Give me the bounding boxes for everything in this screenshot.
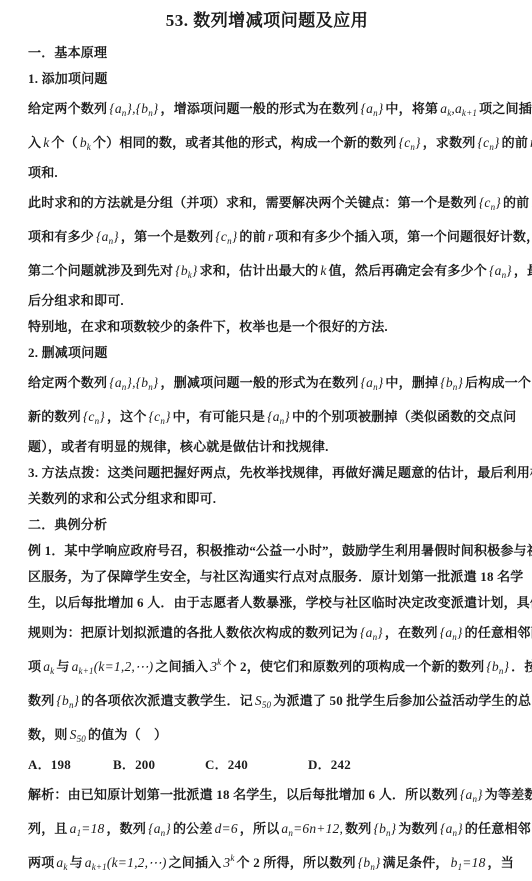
text-run: 入 bbox=[28, 135, 41, 150]
text-run: 给定两个数列 bbox=[28, 375, 107, 390]
doc-line: 区服务，为了保障学生安全，与社区沟通实行点对点服务．原计划第一批派遣 18 名学 bbox=[28, 564, 506, 590]
text-run: 列，且 bbox=[28, 821, 68, 836]
text-run: 特别地，在求和项数较少的条件下，枚举也是一个很好的方法. bbox=[28, 319, 388, 334]
document-page: 53. 数列增减项问题及应用 一．基本原理1. 添加项问题给定两个数列{an},… bbox=[0, 0, 532, 880]
text-run: 后构成一个 bbox=[465, 375, 531, 390]
text-run: 求和，估计出最大的 bbox=[200, 263, 319, 278]
text-run: ，删减项问题一般的形式为在数列 bbox=[161, 375, 359, 390]
math-expression: ak,ak+1 bbox=[440, 101, 477, 116]
text-run: ．按新 bbox=[511, 659, 532, 674]
text-run: 个（ bbox=[51, 135, 77, 150]
document-lines: 一．基本原理1. 添加项问题给定两个数列{an},{bn}，增添项问题一般的形式… bbox=[28, 40, 506, 880]
doc-line: 例 1．某中学响应政府号召，积极推动“公益一小时”，鼓励学生利用暑假时间积极参与… bbox=[28, 538, 506, 564]
math-expression: {an} bbox=[460, 787, 483, 802]
math-expression: k bbox=[320, 263, 326, 278]
text-run: 中，将第 bbox=[385, 101, 438, 116]
text-run: 此时求和的方法就是分组（并项）求和，需要解决两个关键点：第一个是数列 bbox=[28, 195, 477, 210]
math-expression: an=6n+12, bbox=[281, 821, 343, 836]
math-expression: b1=18 bbox=[451, 855, 486, 870]
text-run: 规则为：把原计划拟派遣的各批人数依次构成的数列记为 bbox=[28, 625, 358, 640]
text-run: 中的个别项被删掉（类似函数的交点问 bbox=[292, 409, 516, 424]
text-run: 为等差数 bbox=[485, 787, 532, 802]
text-run: ，这个 bbox=[107, 409, 147, 424]
choice-option-a: A．198 bbox=[28, 752, 113, 778]
text-run: 为数列 bbox=[398, 821, 438, 836]
choice-option-c: C．240 bbox=[205, 752, 308, 778]
section-heading: 一．基本原理 bbox=[28, 40, 506, 66]
math-expression: {an},{bn} bbox=[109, 375, 158, 390]
text-run: 数列 bbox=[28, 693, 54, 708]
doc-line: 新的数列{cn}，这个{cn}中，有可能只是{an}中的个别项被删掉（类似函数的… bbox=[28, 400, 506, 434]
math-expression: ak bbox=[56, 855, 67, 870]
doc-line: 特别地，在求和项数较少的条件下，枚举也是一个很好的方法. bbox=[28, 314, 506, 340]
doc-line: 关数列的求和公式分组求和即可. bbox=[28, 486, 506, 512]
text-run: 个 2 所得，所以数列 bbox=[237, 855, 356, 870]
math-expression: {bn} bbox=[373, 821, 396, 836]
math-expression: {bn} bbox=[440, 375, 463, 390]
text-run: 项和. bbox=[28, 165, 58, 180]
text-run: 之间插入 bbox=[169, 855, 222, 870]
section-heading: 2. 删减项问题 bbox=[28, 340, 506, 366]
math-expression: {cn} bbox=[83, 409, 105, 424]
math-expression: {an} bbox=[361, 101, 384, 116]
text-run: 为派遣了 50 批学生后参加公益活动学生的总 bbox=[273, 693, 531, 708]
text-run: 的公差 bbox=[173, 821, 213, 836]
doc-line: 后分组求和即可. bbox=[28, 288, 506, 314]
text-run: 生，以后每批增加 6 人．由于志愿者人数暴涨，学校与社区临时决定改变派遣计划，具… bbox=[28, 595, 532, 610]
doc-line: 项ak与ak+1(k=1,2,⋯)之间插入3k个 2，使它们和原数列的项构成一个… bbox=[28, 650, 506, 684]
text-run: 关数列的求和公式分组求和即可. bbox=[28, 491, 216, 506]
text-run: 值，然后再确定会有多少个 bbox=[329, 263, 487, 278]
doc-line: 两项ak与ak+1(k=1,2,⋯)之间插入3k个 2 所得，所以数列{bn}满… bbox=[28, 846, 506, 880]
text-run: 给定两个数列 bbox=[28, 101, 107, 116]
math-expression: {cn} bbox=[149, 409, 171, 424]
page-title: 53. 数列增减项问题及应用 bbox=[28, 10, 506, 32]
math-expression: k bbox=[43, 135, 49, 150]
text-run: ，最 bbox=[514, 263, 532, 278]
text-run: 项和有多少 bbox=[28, 229, 94, 244]
doc-line: 项和. bbox=[28, 160, 506, 186]
math-expression: {an} bbox=[360, 625, 383, 640]
text-run: 数列 bbox=[345, 821, 371, 836]
math-expression: {an} bbox=[440, 821, 463, 836]
math-expression: ak+1(k=1,2,⋯) bbox=[85, 855, 167, 870]
text-run: 后分组求和即可. bbox=[28, 293, 124, 308]
doc-line: 题），或者有明显的规律，核心就是做估计和找规律. bbox=[28, 434, 506, 460]
doc-line: 数，则S50的值为（ ） bbox=[28, 718, 506, 752]
math-expression: S50 bbox=[255, 693, 271, 708]
text-run: 的前 bbox=[239, 229, 265, 244]
choices-row: A．198B．200C．240D．242 bbox=[28, 752, 506, 778]
doc-line: 数列{bn}的各项依次派遣支教学生．记S50为派遣了 50 批学生后参加公益活动… bbox=[28, 684, 506, 718]
doc-line: 入k个（bk个）相同的数，或者其他的形式，构成一个新的数列{cn}，求数列{cn… bbox=[28, 126, 506, 160]
text-run: 的任意相邻两 bbox=[465, 625, 532, 640]
text-run: ，增添项问题一般的形式为在数列 bbox=[161, 101, 359, 116]
text-run: 中，删掉 bbox=[385, 375, 438, 390]
math-expression: ak bbox=[43, 659, 54, 674]
math-expression: {an} bbox=[440, 625, 463, 640]
doc-line: 列，且a1=18，数列{an}的公差d=6，所以an=6n+12,数列{bn}为… bbox=[28, 812, 506, 846]
math-expression: r bbox=[268, 229, 273, 244]
text-run: 两项 bbox=[28, 855, 54, 870]
text-run: ，在数列 bbox=[385, 625, 438, 640]
doc-line: 给定两个数列{an},{bn}，删减项问题一般的形式为在数列{an}中，删掉{b… bbox=[28, 366, 506, 400]
text-run: 一．基本原理 bbox=[28, 45, 107, 60]
doc-line: 给定两个数列{an},{bn}，增添项问题一般的形式为在数列{an}中，将第ak… bbox=[28, 92, 506, 126]
math-expression: {an} bbox=[148, 821, 171, 836]
text-run: 满足条件， bbox=[383, 855, 449, 870]
math-expression: {bn} bbox=[56, 693, 79, 708]
math-expression: S50 bbox=[70, 727, 86, 742]
math-expression: a1=18 bbox=[70, 821, 105, 836]
text-run: 2. 删减项问题 bbox=[28, 345, 108, 360]
math-expression: {cn} bbox=[478, 135, 500, 150]
text-run: 的前 bbox=[502, 135, 528, 150]
math-expression: {bn} bbox=[358, 855, 381, 870]
text-run: 区服务，为了保障学生安全，与社区沟通实行点对点服务．原计划第一批派遣 18 名学 bbox=[28, 569, 524, 584]
doc-line: 项和有多少{an}，第一个是数列{cn}的前r项和有多少个插入项，第一个问题很好… bbox=[28, 220, 506, 254]
math-expression: {an},{bn} bbox=[109, 101, 158, 116]
math-expression: {bn} bbox=[486, 659, 509, 674]
text-run: 二．典例分析 bbox=[28, 517, 107, 532]
text-run: 1. 添加项问题 bbox=[28, 71, 108, 86]
text-run: 项 bbox=[28, 659, 41, 674]
text-run: 题），或者有明显的规律，核心就是做估计和找规律. bbox=[28, 439, 329, 454]
text-run: 例 1．某中学响应政府号召，积极推动“公益一小时”，鼓励学生利用暑假时间积极参与… bbox=[28, 543, 532, 558]
text-run: 之间插入 bbox=[155, 659, 208, 674]
text-run: 的前 bbox=[503, 195, 529, 210]
choice-option-b: B．200 bbox=[113, 752, 205, 778]
text-run: ，数列 bbox=[106, 821, 146, 836]
math-expression: {an} bbox=[361, 375, 384, 390]
math-expression: d=6 bbox=[215, 821, 238, 836]
math-expression: {cn} bbox=[399, 135, 421, 150]
text-run: 中，有可能只是 bbox=[173, 409, 265, 424]
text-run: ，当 bbox=[488, 855, 514, 870]
doc-line: 生，以后每批增加 6 人．由于志愿者人数暴涨，学校与社区临时决定改变派遣计划，具… bbox=[28, 590, 506, 616]
text-run: 个 2，使它们和原数列的项构成一个新的数列 bbox=[223, 659, 484, 674]
text-run: 数，则 bbox=[28, 727, 68, 742]
choice-option-d: D．242 bbox=[308, 752, 351, 778]
section-heading: 1. 添加项问题 bbox=[28, 66, 506, 92]
math-expression: {an} bbox=[96, 229, 119, 244]
math-expression: bk bbox=[80, 135, 91, 150]
math-expression: {bk} bbox=[175, 263, 197, 278]
text-run: ，第一个是数列 bbox=[121, 229, 213, 244]
text-run: 新的数列 bbox=[28, 409, 81, 424]
math-expression: {an} bbox=[489, 263, 512, 278]
math-expression: 3k bbox=[210, 659, 221, 674]
text-run: ，求数列 bbox=[423, 135, 476, 150]
text-run: 的各项依次派遣支教学生．记 bbox=[81, 693, 253, 708]
math-expression: {cn} bbox=[479, 195, 501, 210]
doc-line: 解析：由已知原计划第一批派遣 18 名学生，以后每批增加 6 人．所以数列{an… bbox=[28, 778, 506, 812]
doc-line: 3. 方法点拨：这类问题把握好两点，先枚举找规律，再做好满足题意的估计，最后利用… bbox=[28, 460, 506, 486]
math-expression: ak+1(k=1,2,⋯) bbox=[72, 659, 154, 674]
text-run: 与 bbox=[70, 855, 83, 870]
text-run: 项之间插 bbox=[479, 101, 532, 116]
doc-line: 规则为：把原计划拟派遣的各批人数依次构成的数列记为{an}，在数列{an}的任意… bbox=[28, 616, 506, 650]
text-run: 的任意相邻 bbox=[465, 821, 531, 836]
doc-line: 此时求和的方法就是分组（并项）求和，需要解决两个关键点：第一个是数列{cn}的前… bbox=[28, 186, 506, 220]
math-expression: {an} bbox=[267, 409, 290, 424]
section-heading: 二．典例分析 bbox=[28, 512, 506, 538]
text-run: 与 bbox=[56, 659, 69, 674]
text-run: 解析：由已知原计划第一批派遣 18 名学生，以后每批增加 6 人．所以数列 bbox=[28, 787, 458, 802]
text-run: 个）相同的数，或者其他的形式，构成一个新的数列 bbox=[93, 135, 397, 150]
text-run: ，所以 bbox=[240, 821, 280, 836]
math-expression: {cn} bbox=[215, 229, 237, 244]
text-run: 的值为（ ） bbox=[88, 727, 167, 742]
text-run: 3. 方法点拨：这类问题把握好两点，先枚举找规律，再做好满足题意的估计，最后利用… bbox=[28, 465, 532, 480]
doc-line: 第二个问题就涉及到先对{bk}求和，估计出最大的k值，然后再确定会有多少个{an… bbox=[28, 254, 506, 288]
text-run: 项和有多少个插入项，第一个问题很好计数， bbox=[275, 229, 532, 244]
text-run: 第二个问题就涉及到先对 bbox=[28, 263, 173, 278]
math-expression: 3k bbox=[223, 855, 234, 870]
